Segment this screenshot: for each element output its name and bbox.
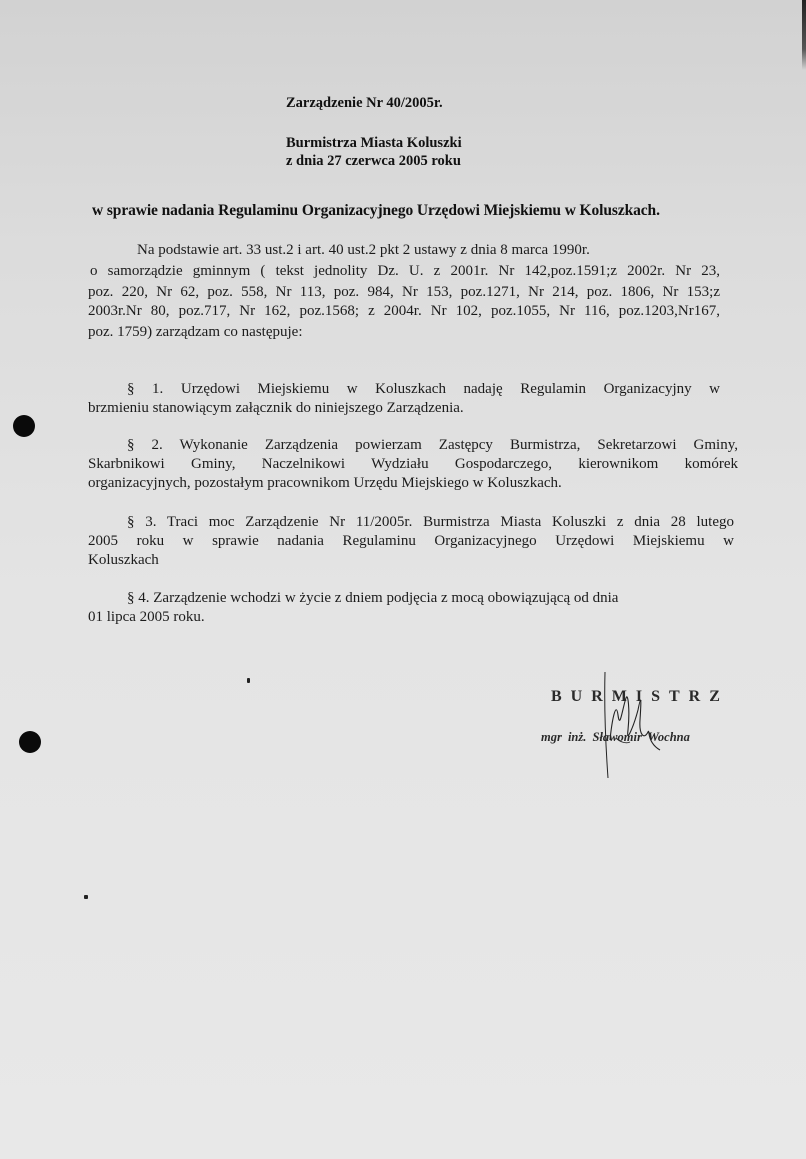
paragraph-line: 2005 roku w sprawie nadania Regulaminu O… xyxy=(88,533,734,550)
scan-speck xyxy=(247,678,250,683)
document-subject: w sprawie nadania Regulaminu Organizacyj… xyxy=(92,202,660,220)
preamble-line: poz. 220, Nr 62, poz. 558, Nr 113, poz. … xyxy=(88,284,720,301)
preamble-line: Na podstawie art. 33 ust.2 i art. 40 ust… xyxy=(137,242,590,259)
scan-edge-shadow xyxy=(802,0,806,70)
paragraph-line: § 1. Urzędowi Miejskiemu w Koluszkach na… xyxy=(127,381,720,398)
preamble-line: poz. 1759) zarządzam co następuje: xyxy=(88,324,302,341)
paragraph-line: organizacyjnych, pozostałym pracownikom … xyxy=(88,475,562,492)
punch-hole-bottom xyxy=(19,731,41,753)
preamble-line: o samorządzie gminnym ( tekst jednolity … xyxy=(90,263,720,280)
handwritten-signature-icon xyxy=(600,670,700,780)
document-title: Zarządzenie Nr 40/2005r. xyxy=(286,95,443,112)
preamble-line: 2003r.Nr 80, poz.717, Nr 162, poz.1568; … xyxy=(88,303,720,320)
paragraph-line: § 3. Traci moc Zarządzenie Nr 11/2005r. … xyxy=(127,514,734,531)
scan-speck xyxy=(84,895,88,899)
paragraph-line: § 2. Wykonanie Zarządzenia powierzam Zas… xyxy=(127,437,738,454)
document-issuer: Burmistrza Miasta Koluszki xyxy=(286,135,462,152)
paragraph-line: brzmieniu stanowiącym załącznik do ninie… xyxy=(88,400,464,417)
paragraph-line: § 4. Zarządzenie wchodzi w życie z dniem… xyxy=(127,590,618,607)
paragraph-line: Skarbnikowi Gminy, Naczelnikowi Wydziału… xyxy=(88,456,738,473)
paragraph-line: 01 lipca 2005 roku. xyxy=(88,609,205,626)
scanned-page: Zarządzenie Nr 40/2005r. Burmistrza Mias… xyxy=(0,0,806,1159)
paragraph-line: Koluszkach xyxy=(88,552,159,569)
document-date: z dnia 27 czerwca 2005 roku xyxy=(286,153,461,170)
punch-hole-top xyxy=(13,415,35,437)
